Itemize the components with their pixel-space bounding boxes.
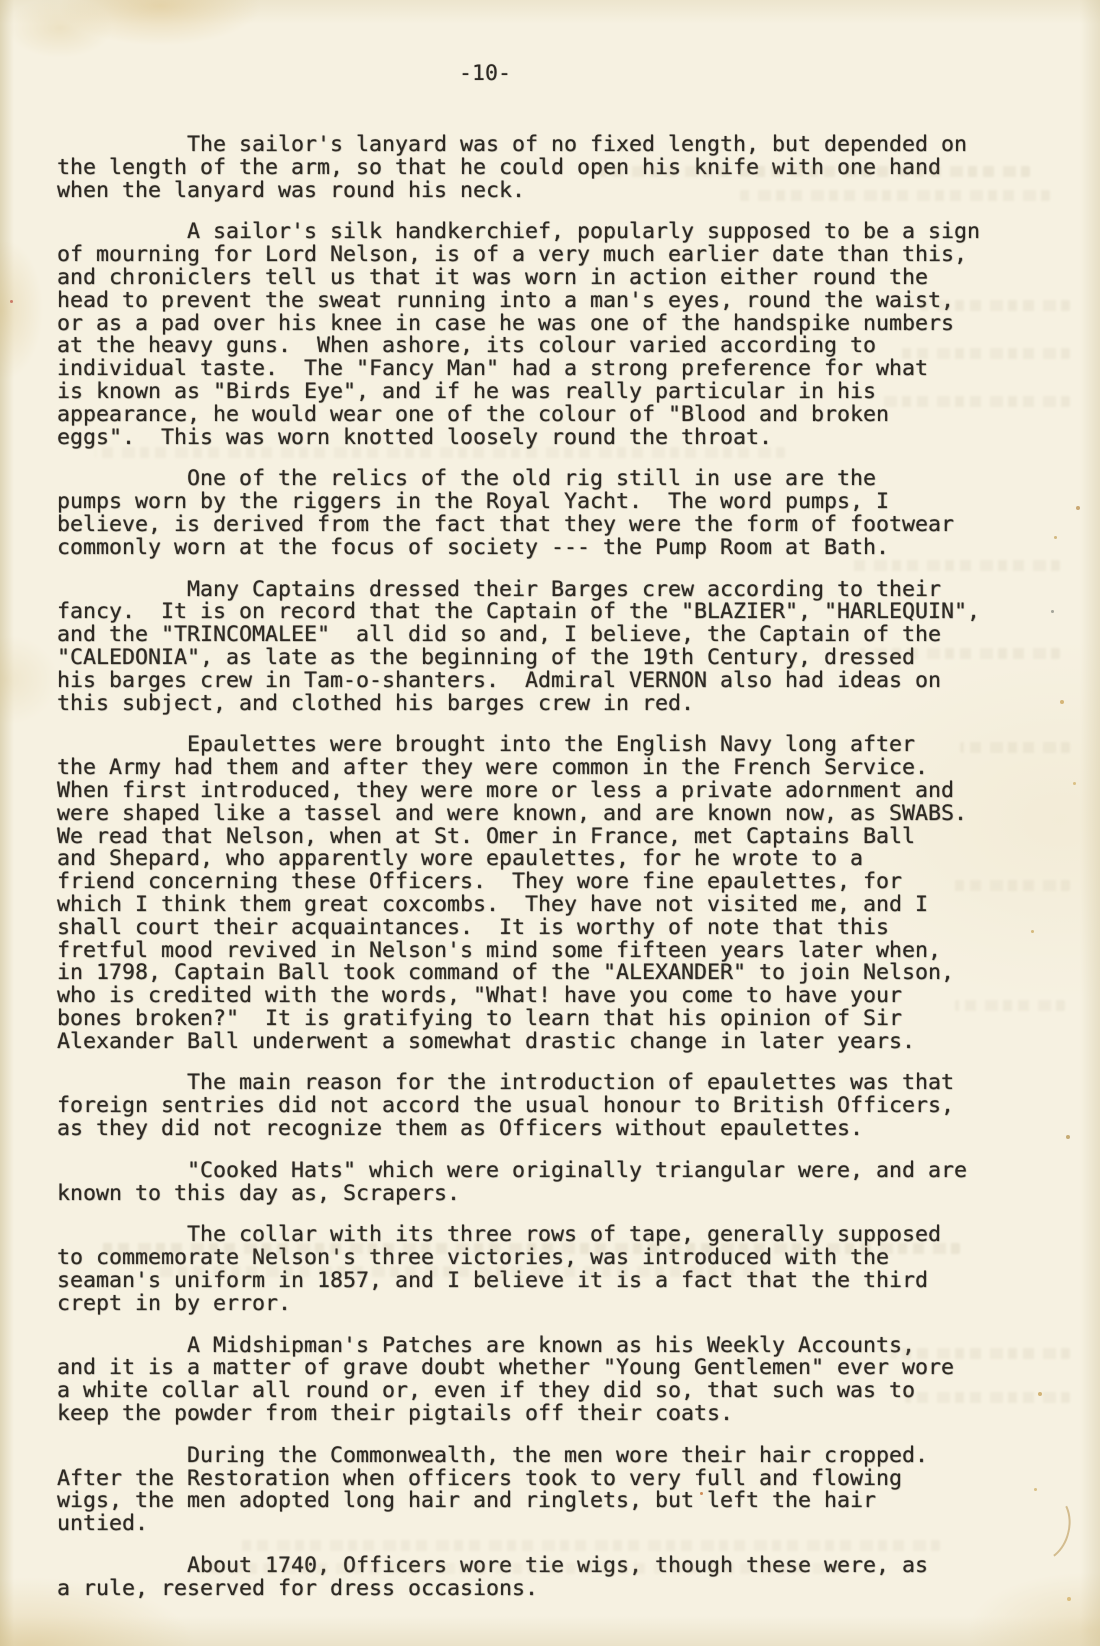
foxing-speck [1054,536,1057,539]
bleed-through-smudge [905,1392,1070,1403]
paragraph-midshipman: A Midshipman's Patches are known as his … [57,1335,1017,1426]
paragraph-handkerchief: A sailor's silk handkerchief, popularly … [57,221,1017,449]
document-body: The sailor's lanyard was of no fixed len… [57,134,1017,1620]
foxing-speck [1051,610,1054,613]
paragraph-pumps: One of the relics of the old rig still i… [57,468,1017,559]
foxing-speck [1034,1488,1037,1491]
foxing-speck [700,1492,703,1495]
bleed-through-smudge [100,1243,960,1254]
paragraph-barges: Many Captains dressed their Barges crew … [57,579,1017,716]
bleed-through-smudge [150,1266,770,1277]
bleed-through-smudge [860,648,1060,659]
paragraph-cocked-hats: "Cooked Hats" which were originally tria… [57,1160,1017,1206]
bleed-through-smudge [950,880,1070,891]
foxing-speck [1066,1135,1070,1139]
bleed-through-smudge [600,166,1030,177]
bleed-through-smudge [850,560,1060,571]
bleed-through-smudge [880,396,1070,407]
foxing-speck [1031,930,1034,933]
document-page: -10- The sailor's lanyard was of no fixe… [0,0,1100,1646]
paragraph-tie-wigs: About 1740, Officers wore tie wigs, thou… [57,1555,1017,1601]
bleed-through-smudge [890,1348,1070,1359]
bleed-through-smudge [920,300,1070,311]
bleed-through-smudge [200,1563,840,1574]
page-number: -10- [459,63,511,86]
paragraph-epaulettes: Epaulettes were brought into the English… [57,734,1017,1053]
bleed-through-smudge [900,348,1070,359]
foxing-speck [1067,1597,1071,1601]
bleed-through-smudge [95,447,785,458]
paragraph-epaulettes-reason: The main reason for the introduction of … [57,1072,1017,1140]
foxing-speck [10,300,13,303]
foxing-speck [1060,700,1064,704]
foxing-speck [1073,782,1076,785]
foxing-speck [1038,1392,1042,1396]
bleed-through-smudge [960,742,1070,753]
bleed-through-smudge [240,1540,940,1551]
foxing-speck [1076,506,1080,510]
paragraph-commonwealth-hair: During the Commonwealth, the men wore th… [57,1445,1017,1536]
pen-mark [1010,1487,1077,1568]
bleed-through-smudge [740,190,1050,201]
bleed-through-smudge [955,1000,1065,1011]
